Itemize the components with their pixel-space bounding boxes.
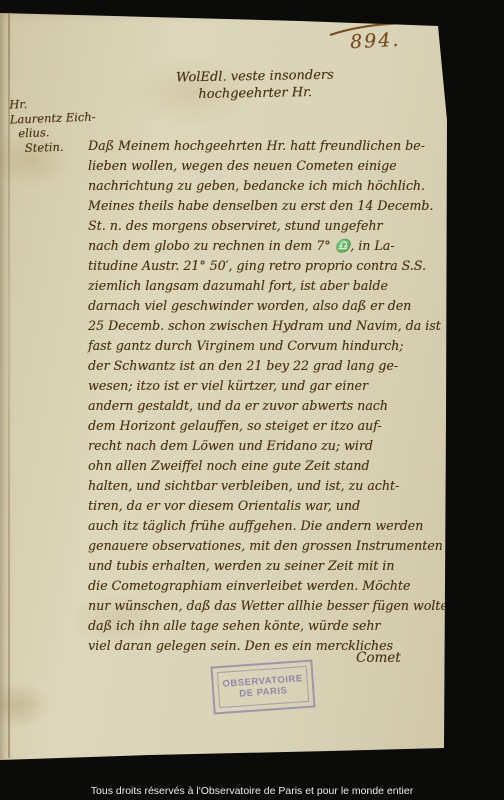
manuscript-line: die Cometographiam einverleibet werden. … <box>88 576 446 596</box>
manuscript-line: St. n. des morgens observiret, stund ung… <box>88 216 446 236</box>
manuscript-line: Meines theils habe denselben zu erst den… <box>88 196 446 216</box>
manuscript-line: und tubis erhalten, werden zu seiner Zei… <box>88 556 446 576</box>
stamp-line-2: DE PARIS <box>239 685 288 699</box>
manuscript-line: nach dem globo zu rechnen in dem 7° ♎, i… <box>88 236 446 256</box>
manuscript-line: dem Horizont gelauffen, so steiget er it… <box>88 416 446 436</box>
manuscript-line: halten, und sichtbar verbleiben, und ist… <box>88 476 446 496</box>
archive-photo-viewport: 894. WolEdl. veste insondershochgeehrter… <box>0 0 504 800</box>
manuscript-line: fast gantz durch Virginem und Corvum hin… <box>88 336 446 356</box>
observatory-stamp: OBSERVATOIRE DE PARIS <box>210 660 315 715</box>
margin-note-line: Laurentz Eich- <box>10 109 96 126</box>
manuscript-line: wesen; itzo ist er viel kürtzer, und gar… <box>88 376 446 396</box>
manuscript-line: nachrichtung zu geben, bedancke ich mich… <box>88 176 446 196</box>
manuscript-line: lieben wollen, wegen des neuen Cometen e… <box>88 156 446 176</box>
manuscript-line: genauere observationes, mit den grossen … <box>88 536 446 556</box>
manuscript-line: daß ich ihn alle tage sehen könte, würde… <box>88 616 446 636</box>
letter-salutation: WolEdl. veste insondershochgeehrter Hr. <box>140 66 371 104</box>
manuscript-line: auch itz täglich frühe auffgehen. Die an… <box>88 516 446 536</box>
manuscript-line: der Schwantz ist an den 21 bey 22 grad l… <box>88 356 446 376</box>
manuscript-line: andern gestaldt, und da er zuvor abwerts… <box>88 396 446 416</box>
manuscript-line: 25 Decemb. schon zwischen Hydram und Nav… <box>88 316 446 336</box>
manuscript-line: ziemlich langsam dazumahl fort, ist aber… <box>88 276 446 296</box>
manuscript-page: 894. WolEdl. veste insondershochgeehrter… <box>0 0 504 800</box>
margin-note-line: Stetin. <box>11 138 97 155</box>
manuscript-line: titudine Austr. 21° 50′, ging retro prop… <box>88 256 446 276</box>
folio-number: 894. <box>349 29 400 54</box>
rights-caption: Tous droits réservés à l'Observatoire de… <box>0 785 504 797</box>
catchword: Comet <box>356 650 401 666</box>
manuscript-line: recht nach dem Löwen und Eridano zu; wir… <box>88 436 446 456</box>
salutation-line: hochgeehrter Hr. <box>140 83 370 104</box>
manuscript-line: ohn allen Zweiffel noch eine gute Zeit s… <box>88 456 446 476</box>
manuscript-line: darnach viel geschwinder worden, also da… <box>88 296 446 316</box>
observatory-stamp-text: OBSERVATOIRE DE PARIS <box>217 666 309 708</box>
manuscript-line: nur wünschen, daß das Wetter allhie bess… <box>88 596 446 616</box>
sender-margin-note: Hr.Laurentz Eich-elius.Stetin. <box>9 95 97 156</box>
letter-body: Daß Meinem hochgeehrten Hr. hatt freundl… <box>88 136 446 656</box>
manuscript-line: tiren, da er vor diesem Orientalis war, … <box>88 496 446 516</box>
manuscript-line: Daß Meinem hochgeehrten Hr. hatt freundl… <box>88 136 446 156</box>
